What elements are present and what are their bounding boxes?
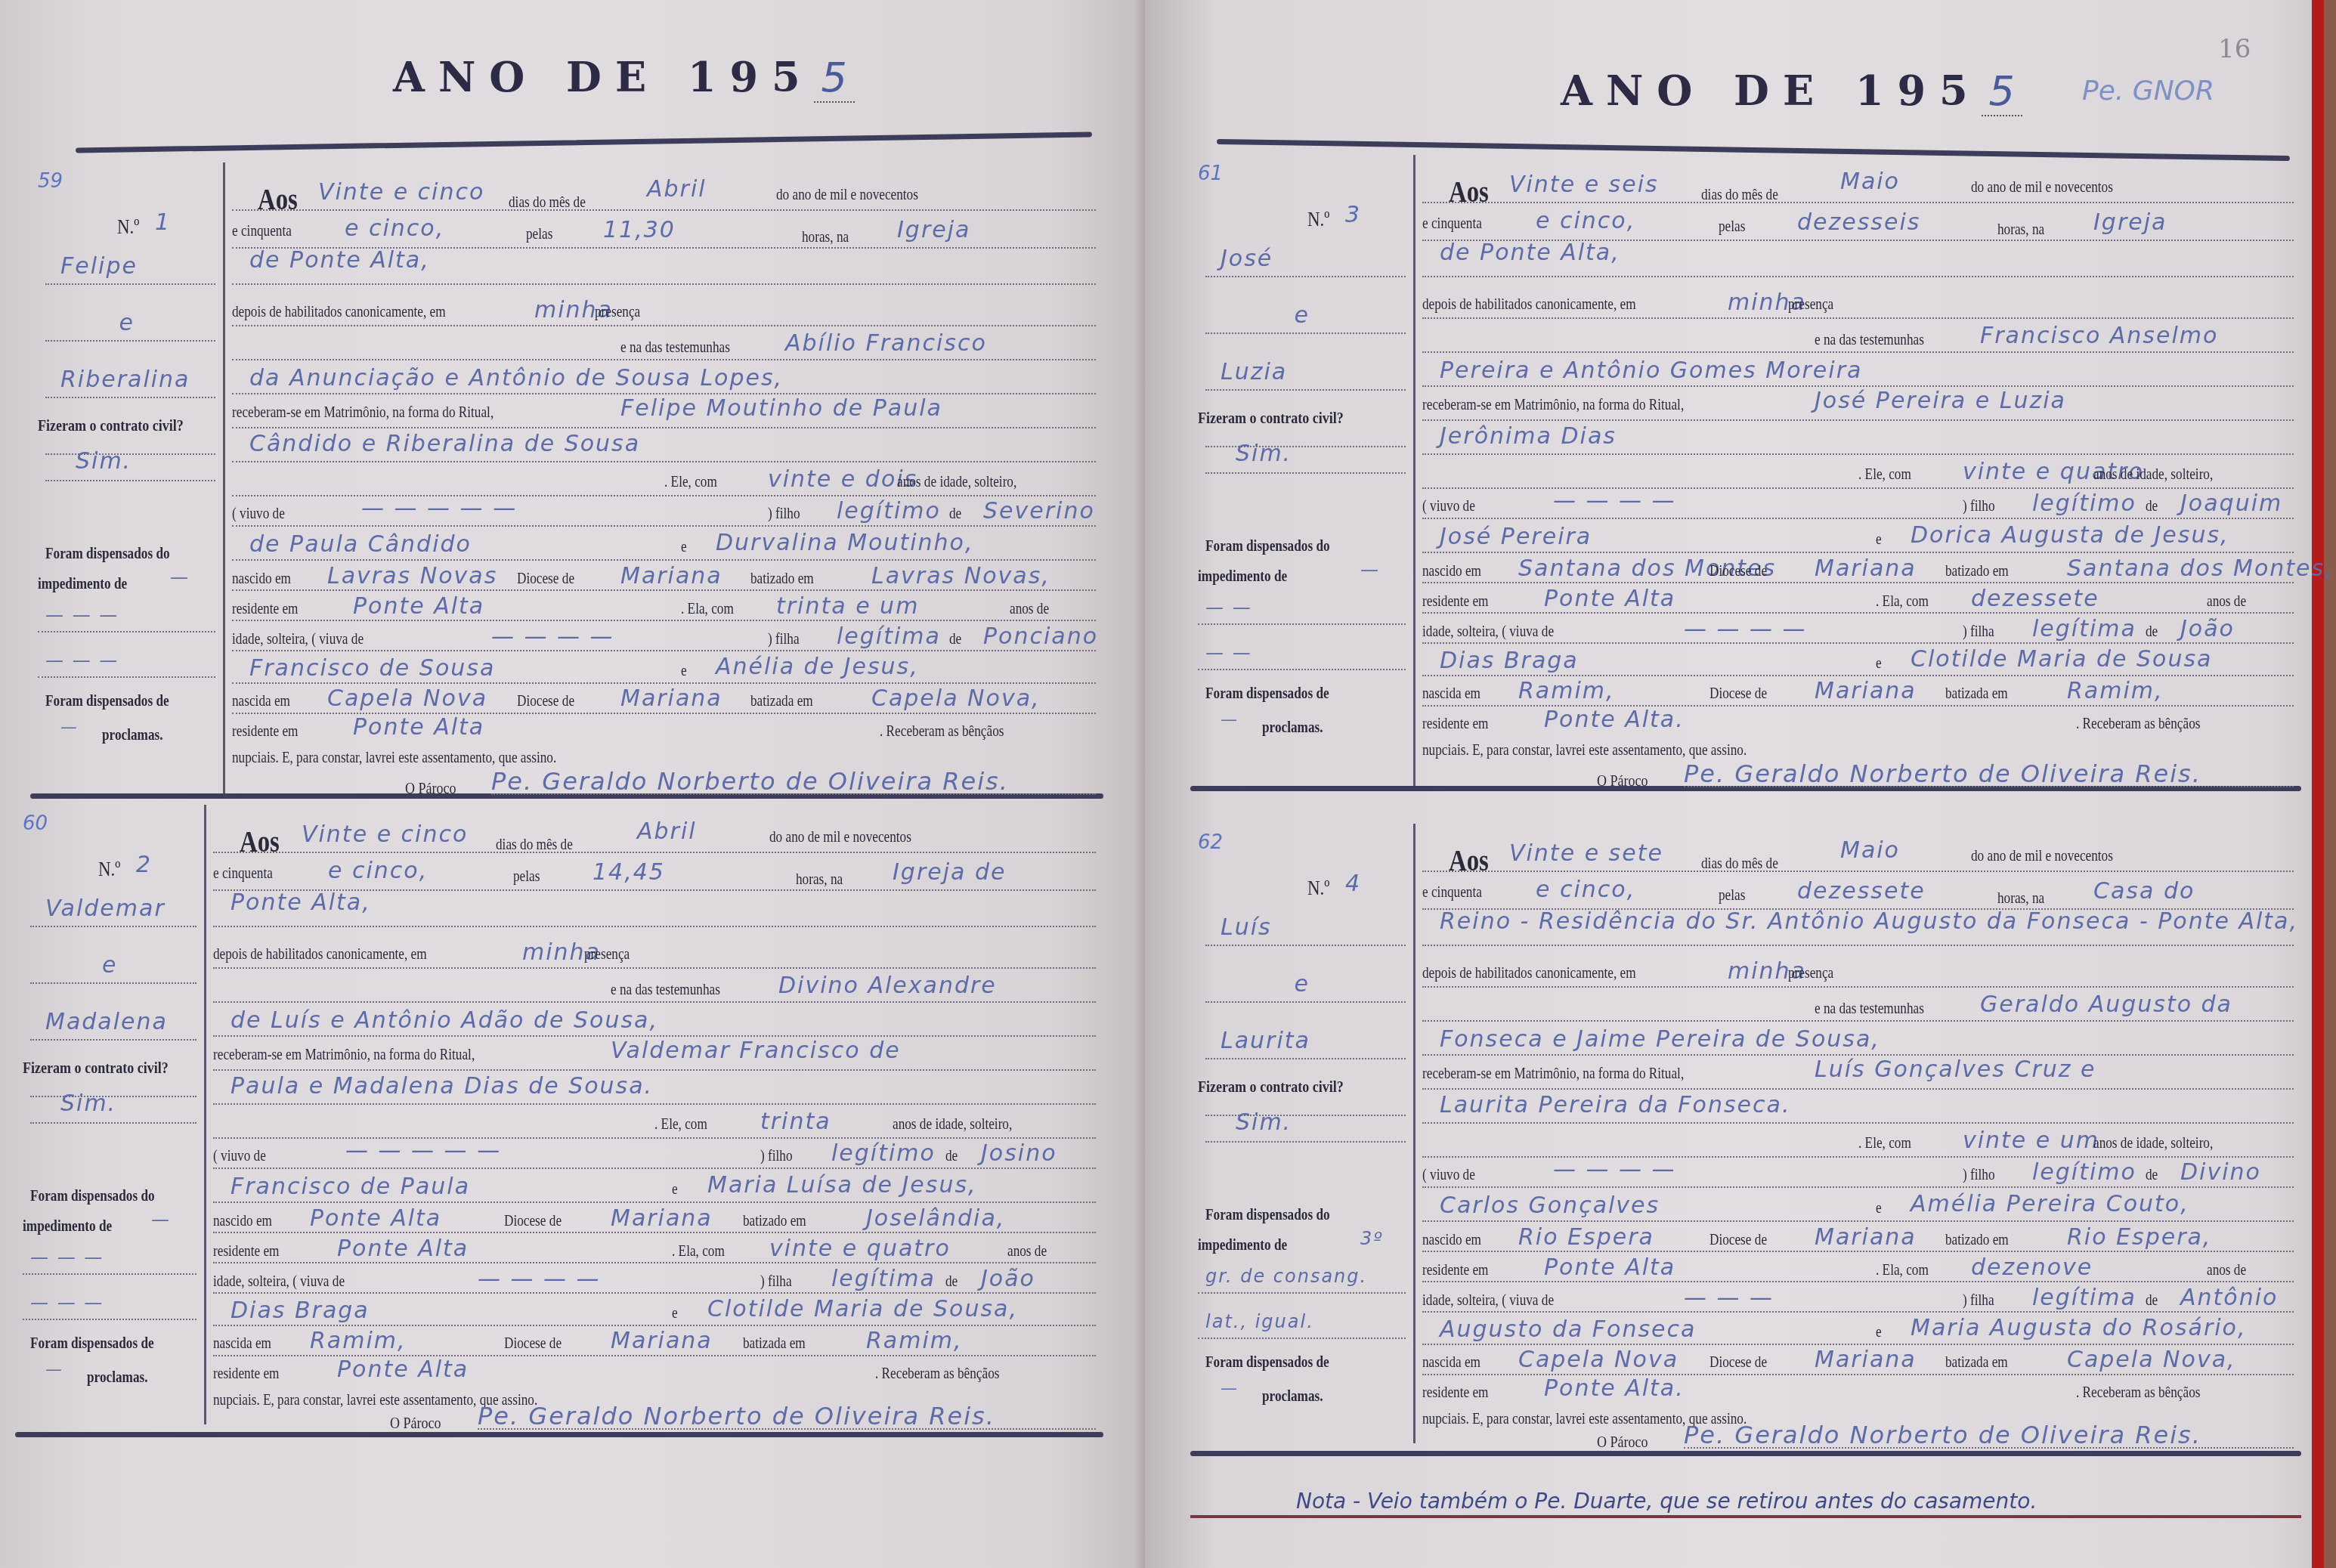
printed-text: e na das testemunhas bbox=[1815, 999, 1924, 1018]
bride-baptism-field: Ramim, bbox=[866, 1328, 963, 1354]
form-line bbox=[232, 325, 1096, 326]
title-text: ANO DE 195 bbox=[393, 53, 814, 101]
printed-text: ( viuvo de bbox=[232, 504, 285, 523]
form-line bbox=[1422, 385, 2294, 387]
printed-text: batizado em bbox=[1945, 1230, 2009, 1249]
printed-text: residente em bbox=[1422, 1260, 1488, 1279]
form-line bbox=[1422, 1344, 2294, 1345]
printed-text: batizado em bbox=[1945, 561, 2009, 580]
printed-text: horas, na bbox=[1997, 889, 2044, 908]
printed-text: batizada em bbox=[1945, 1353, 2008, 1372]
impedimento-label: Foram dispensados do bbox=[30, 1186, 155, 1205]
proclamas-value: — bbox=[1221, 1379, 1239, 1398]
printed-text: residente em bbox=[213, 1364, 279, 1383]
groom-baptism-field: Lavras Novas, bbox=[871, 563, 1050, 589]
form-line bbox=[1422, 642, 2294, 644]
printed-text: nascida em bbox=[232, 691, 290, 710]
entry-number-label: N.º bbox=[1307, 208, 1329, 232]
form-line bbox=[232, 589, 1096, 591]
form-line bbox=[1422, 1020, 2294, 1022]
bride-diocese-field: Mariana bbox=[620, 685, 722, 712]
location-field: Reino - Residência do Sr. Antônio August… bbox=[1440, 908, 2298, 935]
form-line bbox=[213, 1325, 1096, 1326]
groom-diocese-field: Mariana bbox=[611, 1205, 713, 1232]
spouses-field: Luís Gonçalves Cruz e bbox=[1815, 1056, 2096, 1083]
signature-line bbox=[1684, 1447, 2294, 1449]
impedimento-detail: — — — bbox=[45, 605, 119, 626]
witnesses-field: da Anunciação e Antônio de Sousa Lopes, bbox=[249, 365, 783, 391]
time-field: dezesseis bbox=[1797, 209, 1920, 236]
groom-birthplace-field: Ponte Alta bbox=[310, 1205, 441, 1232]
entry-number-label: N.º bbox=[117, 215, 139, 240]
form-line bbox=[1422, 419, 2294, 421]
bride-baptism-field: Capela Nova, bbox=[2067, 1347, 2236, 1373]
bride-age-field: vinte e quatro bbox=[769, 1236, 951, 1262]
printed-text: nupciais. E, para constar, lavrei este a… bbox=[232, 748, 556, 767]
form-line bbox=[1422, 871, 2294, 872]
bride-residence-field: Ponte Alta. bbox=[1544, 1375, 1685, 1402]
paroco-label: O Pároco bbox=[1597, 771, 1648, 790]
spouses-field: Valdemar Francisco de bbox=[611, 1038, 901, 1064]
footnote: Nota - Veio também o Pe. Duarte, que se … bbox=[1296, 1489, 2037, 1514]
groom-age-field: vinte e um bbox=[1963, 1127, 2099, 1154]
title-year: 5 bbox=[1982, 67, 2022, 116]
paroco-label: O Pároco bbox=[405, 778, 456, 798]
form-line bbox=[1205, 276, 1406, 277]
groom-birthplace-field: Lavras Novas bbox=[327, 563, 497, 589]
groom-legitimacy-field: legítimo bbox=[831, 1140, 936, 1167]
form-line bbox=[1205, 945, 1406, 946]
side-name: Riberalina bbox=[60, 366, 190, 393]
witnesses-field: Divino Alexandre bbox=[778, 973, 997, 999]
printed-text: batizada em bbox=[1945, 684, 2008, 703]
printed-text: . Ele, com bbox=[1858, 1133, 1911, 1152]
form-line bbox=[45, 340, 215, 342]
groom-diocese-field: Mariana bbox=[1815, 1224, 1917, 1251]
bride-residence-field: Ponte Alta. bbox=[1544, 707, 1685, 733]
printed-text: ) filho bbox=[1963, 1165, 1995, 1184]
printed-text: depois de habilitados canonicamente, em bbox=[232, 302, 446, 321]
witnesses-field: de Luís e Antônio Adão de Sousa, bbox=[231, 1007, 658, 1034]
printed-text: de bbox=[2146, 496, 2158, 515]
groom-residence-field: Ponte Alta bbox=[353, 593, 484, 620]
printed-text: . Ela, com bbox=[1876, 592, 1929, 611]
form-line bbox=[1422, 675, 2294, 676]
bride-mother-field: Anélia de Jesus, bbox=[716, 654, 919, 680]
printed-text: . Receberam as bênçãos bbox=[2076, 714, 2200, 733]
groom-diocese-field: Mariana bbox=[620, 563, 722, 589]
impedimento-label: Foram dispensados do bbox=[45, 544, 170, 563]
printed-text: idade, solteira, ( viuva de bbox=[232, 629, 364, 648]
entry-number-label: N.º bbox=[1307, 877, 1329, 901]
bride-father-field: Francisco de Sousa bbox=[249, 655, 495, 682]
contrato-civil-label: Fizeram o contrato civil? bbox=[23, 1058, 169, 1078]
impedimento-detail: — — bbox=[1205, 642, 1252, 663]
marriage-entry: 59N.º1FelipeeRiberalinaFizeram o contrat… bbox=[30, 162, 1103, 782]
entry-number-label: N.º bbox=[98, 858, 120, 882]
groom-father-field: José Pereira bbox=[1440, 524, 1592, 550]
groom-mother-field: Maria Luísa de Jesus, bbox=[707, 1172, 977, 1198]
groom-age-field: vinte e dois bbox=[768, 466, 917, 493]
printed-text: do ano de mil e novecentos bbox=[1971, 846, 2113, 865]
contrato-civil-value: Sim. bbox=[1236, 441, 1292, 467]
form-line bbox=[1422, 1311, 2294, 1313]
printed-text: ) filha bbox=[768, 629, 800, 648]
bride-baptism-field: Capela Nova, bbox=[871, 685, 1041, 712]
contrato-civil-label: Fizeram o contrato civil? bbox=[38, 416, 184, 435]
printed-text: presença bbox=[1788, 295, 1833, 314]
year-field: e cinco, bbox=[1536, 877, 1635, 903]
groom-diocese-field: Mariana bbox=[1815, 555, 1917, 582]
spouses-field: Laurita Pereira da Fonseca. bbox=[1440, 1092, 1790, 1118]
contrato-civil-label: Fizeram o contrato civil? bbox=[1198, 408, 1344, 428]
printed-text: de bbox=[949, 504, 961, 523]
form-line bbox=[1422, 317, 2294, 319]
location-field: Ponte Alta, bbox=[231, 889, 371, 916]
form-line bbox=[232, 393, 1096, 394]
form-line bbox=[1422, 612, 2294, 614]
printed-text: . Ela, com bbox=[672, 1242, 725, 1260]
printed-text: e bbox=[681, 537, 687, 556]
form-line bbox=[1198, 669, 1406, 670]
form-line bbox=[1422, 518, 2294, 519]
bride-widow-field: — — — — bbox=[478, 1266, 601, 1292]
groom-baptism-field: Santana dos Montes, bbox=[2067, 555, 2334, 582]
form-line bbox=[1205, 1141, 1406, 1143]
page-title-left: ANO DE 1955 bbox=[393, 53, 855, 101]
bride-residence-field: Ponte Alta bbox=[337, 1356, 469, 1383]
proclamas-label: proclamas. bbox=[1262, 1387, 1323, 1406]
printed-text: nascida em bbox=[1422, 1353, 1480, 1372]
reference-number: 62 bbox=[1198, 831, 1223, 854]
printed-text: anos de idade, solteiro, bbox=[2093, 1133, 2213, 1152]
form-line bbox=[232, 650, 1096, 651]
printed-text: residente em bbox=[232, 599, 298, 618]
printed-text: presença bbox=[1788, 963, 1833, 982]
contrato-civil-value: Sim. bbox=[60, 1090, 116, 1117]
bride-mother-field: Clotilde Maria de Sousa, bbox=[707, 1296, 1018, 1322]
reference-number: 61 bbox=[1198, 162, 1223, 185]
form-line bbox=[1198, 1338, 1406, 1339]
impedimento-detail: — — bbox=[1205, 597, 1252, 618]
printed-text: . Ele, com bbox=[664, 472, 717, 491]
form-line bbox=[1198, 623, 1406, 625]
form-line bbox=[213, 1035, 1096, 1037]
impedimento-label: impedimento de bbox=[38, 574, 127, 593]
printed-text: depois de habilitados canonicamente, em bbox=[1422, 295, 1636, 314]
groom-residence-field: Ponte Alta bbox=[1544, 586, 1675, 612]
marriage-entry: 62N.º4LuíseLauritaFizeram o contrato civ… bbox=[1190, 824, 2301, 1443]
form-line bbox=[213, 1262, 1096, 1263]
printed-text: e bbox=[1876, 1322, 1882, 1341]
groom-mother-field: Dorica Augusta de Jesus, bbox=[1911, 522, 2229, 549]
witnesses-field: Pereira e Antônio Gomes Moreira bbox=[1440, 357, 1862, 384]
proclamas-label: Foram dispensados de bbox=[1205, 684, 1329, 703]
proclamas-label: Foram dispensados de bbox=[1205, 1353, 1329, 1372]
printed-text: anos de bbox=[2207, 592, 2246, 611]
entry-body: AosVinte e cincodias do mês deAbrildo an… bbox=[232, 162, 1096, 782]
printed-text: receberam-se em Matrimônio, na forma do … bbox=[213, 1045, 475, 1064]
month-field: Abril bbox=[647, 176, 707, 203]
form-line bbox=[30, 1039, 196, 1041]
form-line bbox=[1205, 332, 1406, 334]
printed-text: depois de habilitados canonicamente, em bbox=[1422, 963, 1636, 982]
form-line bbox=[232, 461, 1096, 462]
spouses-field: Felipe Moutinho de Paula bbox=[620, 395, 942, 422]
printed-text: Aos bbox=[1449, 174, 1489, 209]
printed-text: nascida em bbox=[213, 1334, 271, 1353]
side-name: Felipe bbox=[60, 253, 138, 280]
printed-text: Aos bbox=[258, 181, 298, 217]
priest-signature: Pe. Geraldo Norberto de Oliveira Reis. bbox=[1684, 1421, 2201, 1449]
entry-separator-rule bbox=[1190, 1451, 2301, 1456]
bride-father-field: João bbox=[981, 1266, 1035, 1292]
witnesses-field: Fonseca e Jaime Pereira de Sousa, bbox=[1440, 1026, 1880, 1053]
bride-diocese-field: Mariana bbox=[611, 1328, 713, 1354]
printed-text: Diocese de bbox=[1709, 684, 1767, 703]
printed-text: e na das testemunhas bbox=[611, 980, 720, 999]
marriage-entry: 61N.º3JoséeLuziaFizeram o contrato civil… bbox=[1190, 155, 2301, 775]
page-title-right: ANO DE 1955 bbox=[1561, 66, 2022, 115]
impedimento-value: — bbox=[1360, 559, 1380, 580]
header-rule bbox=[76, 131, 1092, 153]
time-field: 14,45 bbox=[593, 859, 665, 886]
printed-text: residente em bbox=[1422, 592, 1488, 611]
groom-mother-field: Amélia Pereira Couto, bbox=[1911, 1191, 2189, 1217]
time-field: dezessete bbox=[1797, 878, 1926, 905]
form-line bbox=[213, 1202, 1096, 1203]
bride-birthplace-field: Ramim, bbox=[310, 1328, 407, 1354]
witnesses-field: Abílio Francisco bbox=[785, 330, 987, 357]
printed-text: e bbox=[681, 661, 687, 680]
bride-birthplace-field: Ramim, bbox=[1518, 678, 1615, 704]
printed-text: batizada em bbox=[750, 691, 813, 710]
printed-text: residente em bbox=[1422, 714, 1488, 733]
printed-text: anos de idade, solteiro, bbox=[897, 472, 1016, 491]
entry-body: AosVinte e setedias do mês deMaiodo ano … bbox=[1422, 824, 2294, 1443]
printed-text: Aos bbox=[240, 824, 280, 859]
form-line bbox=[232, 427, 1096, 428]
paroco-label: O Pároco bbox=[1597, 1432, 1648, 1452]
form-line bbox=[1422, 202, 2294, 203]
printed-text: e cinquenta bbox=[213, 864, 273, 883]
form-line bbox=[232, 559, 1096, 561]
spouses-field: Paula e Madalena Dias de Sousa. bbox=[231, 1073, 653, 1099]
entry-number: 4 bbox=[1345, 871, 1361, 897]
side-name: Luís bbox=[1221, 914, 1272, 941]
side-name: Madalena bbox=[45, 1009, 168, 1035]
form-line bbox=[213, 926, 1096, 927]
printed-text: . Ela, com bbox=[681, 599, 734, 618]
contrato-civil-label: Fizeram o contrato civil? bbox=[1198, 1077, 1344, 1096]
form-line bbox=[1198, 1292, 1406, 1294]
groom-legitimacy-field: legítimo bbox=[837, 498, 941, 524]
printed-text: pelas bbox=[1719, 886, 1745, 905]
printed-text: de bbox=[945, 1146, 958, 1165]
form-line bbox=[1422, 552, 2294, 553]
impedimento-detail: — — — bbox=[30, 1292, 104, 1313]
bride-father-field: Dias Braga bbox=[231, 1297, 370, 1324]
bride-father-field: João bbox=[2180, 616, 2235, 642]
groom-legitimacy-field: legítimo bbox=[2032, 490, 2136, 517]
form-line bbox=[1422, 1251, 2294, 1252]
impedimento-label: impedimento de bbox=[1198, 567, 1287, 586]
printed-text: e cinquenta bbox=[232, 221, 292, 240]
day-field: Vinte e cinco bbox=[302, 821, 468, 848]
form-line bbox=[213, 1069, 1096, 1071]
signature-line bbox=[478, 1428, 1096, 1430]
printed-text: residente em bbox=[1422, 1383, 1488, 1402]
impedimento-value: 3º bbox=[1360, 1228, 1384, 1249]
form-line bbox=[23, 1273, 196, 1275]
proclamas-value: — bbox=[1221, 710, 1239, 729]
printed-text: depois de habilitados canonicamente, em bbox=[213, 945, 427, 963]
printed-text: idade, solteira, ( viuva de bbox=[1422, 622, 1554, 641]
form-line bbox=[213, 967, 1096, 969]
bride-diocese-field: Mariana bbox=[1815, 1347, 1917, 1373]
day-field: Vinte e cinco bbox=[318, 179, 484, 206]
printed-text: pelas bbox=[1719, 217, 1745, 236]
groom-widower-field: — — — — bbox=[1553, 1156, 1676, 1183]
groom-father-field: Divino bbox=[2180, 1159, 2261, 1186]
printed-text: de bbox=[2146, 622, 2158, 641]
printed-text: nascido em bbox=[1422, 561, 1481, 580]
groom-father-field: Francisco de Paula bbox=[231, 1174, 470, 1200]
form-line bbox=[1422, 1186, 2294, 1188]
form-line bbox=[38, 676, 215, 678]
proclamas-label: Foram dispensados de bbox=[45, 691, 169, 710]
printed-text: pelas bbox=[526, 224, 552, 243]
form-line bbox=[213, 1292, 1096, 1294]
proclamas-value: — bbox=[60, 718, 79, 737]
side-name: e bbox=[119, 310, 135, 336]
form-line bbox=[1205, 1058, 1406, 1059]
groom-father-field: de Paula Cândido bbox=[249, 531, 472, 558]
printed-text: ) filho bbox=[768, 504, 800, 523]
reference-number: 59 bbox=[38, 170, 63, 193]
bride-legitimacy-field: legítima bbox=[2032, 1285, 2136, 1311]
proclamas-label: proclamas. bbox=[87, 1368, 148, 1387]
priest-signature: Pe. Geraldo Norberto de Oliveira Reis. bbox=[491, 767, 1009, 796]
form-line bbox=[30, 982, 196, 984]
witnesses-field: Geraldo Augusto da bbox=[1980, 991, 2232, 1018]
entry-body: AosVinte e seisdias do mês deMaiodo ano … bbox=[1422, 155, 2294, 775]
bride-father-field: Antônio bbox=[2180, 1285, 2278, 1311]
impedimento-label: impedimento de bbox=[1198, 1236, 1287, 1254]
form-line bbox=[30, 926, 196, 927]
printed-text: ) filho bbox=[1963, 496, 1995, 515]
bride-widow-field: — — — bbox=[1684, 1285, 1774, 1311]
printed-text: receberam-se em Matrimônio, na forma do … bbox=[232, 403, 493, 422]
groom-widower-field: — — — — — bbox=[345, 1137, 501, 1164]
impedimento-label: impedimento de bbox=[23, 1217, 112, 1236]
printed-text: de bbox=[2146, 1291, 2158, 1310]
bride-widow-field: — — — — bbox=[1684, 616, 1807, 642]
printed-text: ) filha bbox=[1963, 622, 1994, 641]
column-divider bbox=[1413, 155, 1416, 790]
day-field: Vinte e seis bbox=[1509, 172, 1659, 198]
printed-text: ) filha bbox=[760, 1272, 792, 1291]
printed-text: batizada em bbox=[743, 1334, 806, 1353]
form-line bbox=[1422, 276, 2294, 277]
printed-text: . Receberam as bênçãos bbox=[875, 1364, 999, 1383]
pencil-annotation: Pe. GNOR bbox=[2082, 76, 2214, 107]
bride-residence-field: Ponte Alta bbox=[353, 714, 484, 741]
page-number: 16 bbox=[2218, 34, 2251, 64]
priest-signature: Pe. Geraldo Norberto de Oliveira Reis. bbox=[1684, 759, 2201, 788]
groom-widower-field: — — — — bbox=[1553, 487, 1676, 514]
entry-number: 2 bbox=[136, 852, 152, 878]
printed-text: . Receberam as bênçãos bbox=[880, 722, 1004, 741]
printed-text: nascido em bbox=[213, 1211, 272, 1230]
printed-text: Diocese de bbox=[517, 569, 574, 588]
printed-text: receberam-se em Matrimônio, na forma do … bbox=[1422, 395, 1684, 414]
time-field: 11,30 bbox=[603, 217, 676, 243]
printed-text: ( viuvo de bbox=[1422, 1165, 1475, 1184]
proclamas-label: Foram dispensados de bbox=[30, 1334, 154, 1353]
bride-mother-field: Clotilde Maria de Sousa bbox=[1911, 646, 2212, 673]
month-field: Maio bbox=[1840, 837, 1900, 864]
year-field: e cinco, bbox=[345, 215, 444, 242]
printed-text: Diocese de bbox=[1709, 561, 1767, 580]
bride-father-field: Ponciano bbox=[983, 623, 1098, 650]
groom-legitimacy-field: legítimo bbox=[2032, 1159, 2136, 1186]
printed-text: Diocese de bbox=[517, 691, 574, 710]
printed-text: nascido em bbox=[232, 569, 291, 588]
form-line bbox=[1205, 1001, 1406, 1003]
side-name: Valdemar bbox=[45, 895, 166, 922]
printed-text: horas, na bbox=[1997, 220, 2044, 239]
printed-text: nascida em bbox=[1422, 684, 1480, 703]
printed-text: e bbox=[1876, 1198, 1882, 1217]
printed-text: anos de bbox=[1007, 1242, 1047, 1260]
printed-text: e na das testemunhas bbox=[620, 338, 730, 357]
entry-body: AosVinte e cincodias do mês deAbrildo an… bbox=[213, 805, 1096, 1424]
side-name: e bbox=[1295, 302, 1310, 329]
side-name: e bbox=[102, 952, 117, 979]
bride-legitimacy-field: legítima bbox=[2032, 616, 2136, 642]
form-line bbox=[1422, 351, 2294, 353]
form-line bbox=[1422, 986, 2294, 988]
book-cover-edge bbox=[2312, 0, 2324, 1568]
groom-father-field: Joaquim bbox=[2180, 490, 2282, 517]
printed-text: presença bbox=[584, 945, 630, 963]
location-field: de Ponte Alta, bbox=[249, 247, 430, 274]
groom-baptism-field: Joselândia, bbox=[866, 1205, 1005, 1232]
bride-age-field: dezessete bbox=[1971, 586, 2099, 612]
side-name: Luzia bbox=[1221, 359, 1287, 385]
column-divider bbox=[1413, 824, 1416, 1443]
printed-text: de bbox=[2146, 1165, 2158, 1184]
printed-text: horas, na bbox=[802, 227, 849, 246]
bride-mother-field: Maria Augusta do Rosário, bbox=[1911, 1315, 2246, 1341]
paroco-label: O Pároco bbox=[390, 1413, 441, 1433]
form-line bbox=[213, 1232, 1096, 1233]
location-field: de Ponte Alta, bbox=[1440, 240, 1620, 266]
footnote-underline bbox=[1190, 1515, 2301, 1518]
side-name: Laurita bbox=[1221, 1028, 1310, 1054]
printed-text: anos de idade, solteiro, bbox=[893, 1115, 1012, 1133]
printed-text: de bbox=[945, 1272, 958, 1291]
witnesses-field: Francisco Anselmo bbox=[1980, 323, 2218, 349]
location-field: Igreja bbox=[2093, 209, 2167, 236]
printed-text: ( viuvo de bbox=[1422, 496, 1475, 515]
signature-line bbox=[1684, 786, 2294, 787]
groom-age-field: trinta bbox=[760, 1109, 831, 1135]
printed-text: anos de idade, solteiro, bbox=[2093, 465, 2213, 484]
priest-signature: Pe. Geraldo Norberto de Oliveira Reis. bbox=[478, 1402, 995, 1430]
printed-text: anos de bbox=[2207, 1260, 2246, 1279]
